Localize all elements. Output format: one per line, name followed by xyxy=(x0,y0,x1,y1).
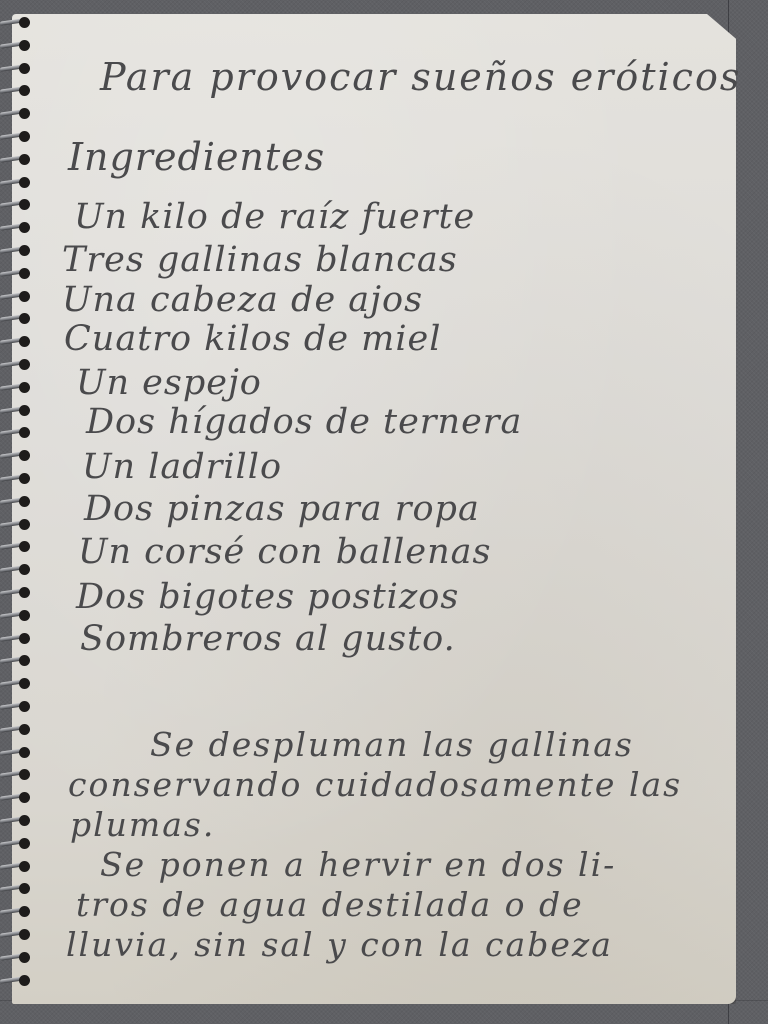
ingredient-item: Dos hígados de ternera xyxy=(86,405,522,440)
ingredient-item: Cuatro kilos de miel xyxy=(64,322,441,357)
ingredient-item: Un corsé con ballenas xyxy=(78,535,491,570)
handwritten-text: Para provocar sueños eróticos Ingredient… xyxy=(0,0,768,1024)
ingredients-heading: Ingredientes xyxy=(68,138,325,176)
instruction-line: plumas. xyxy=(70,808,215,841)
recipe-title: Para provocar sueños eróticos xyxy=(100,58,741,96)
ingredient-item: Dos bigotes postizos xyxy=(76,580,459,615)
ingredient-item: Un ladrillo xyxy=(82,450,282,485)
ingredient-item: Dos pinzas para ropa xyxy=(84,492,480,527)
ingredient-item: Sombreros al gusto. xyxy=(80,622,456,657)
instruction-line: conservando cuidadosamente las xyxy=(68,768,682,801)
instruction-line: lluvia, sin sal y con la cabeza xyxy=(66,928,613,961)
instruction-line: tros de agua destilada o de xyxy=(76,888,584,921)
ingredient-item: Un espejo xyxy=(76,366,262,401)
instruction-line: Se ponen a hervir en dos li- xyxy=(100,848,616,881)
instruction-line: Se despluman las gallinas xyxy=(150,728,634,761)
ingredient-item: Un kilo de raíz fuerte xyxy=(74,200,475,235)
ingredient-item: Una cabeza de ajos xyxy=(62,283,423,318)
ingredient-item: Tres gallinas blancas xyxy=(62,243,458,278)
